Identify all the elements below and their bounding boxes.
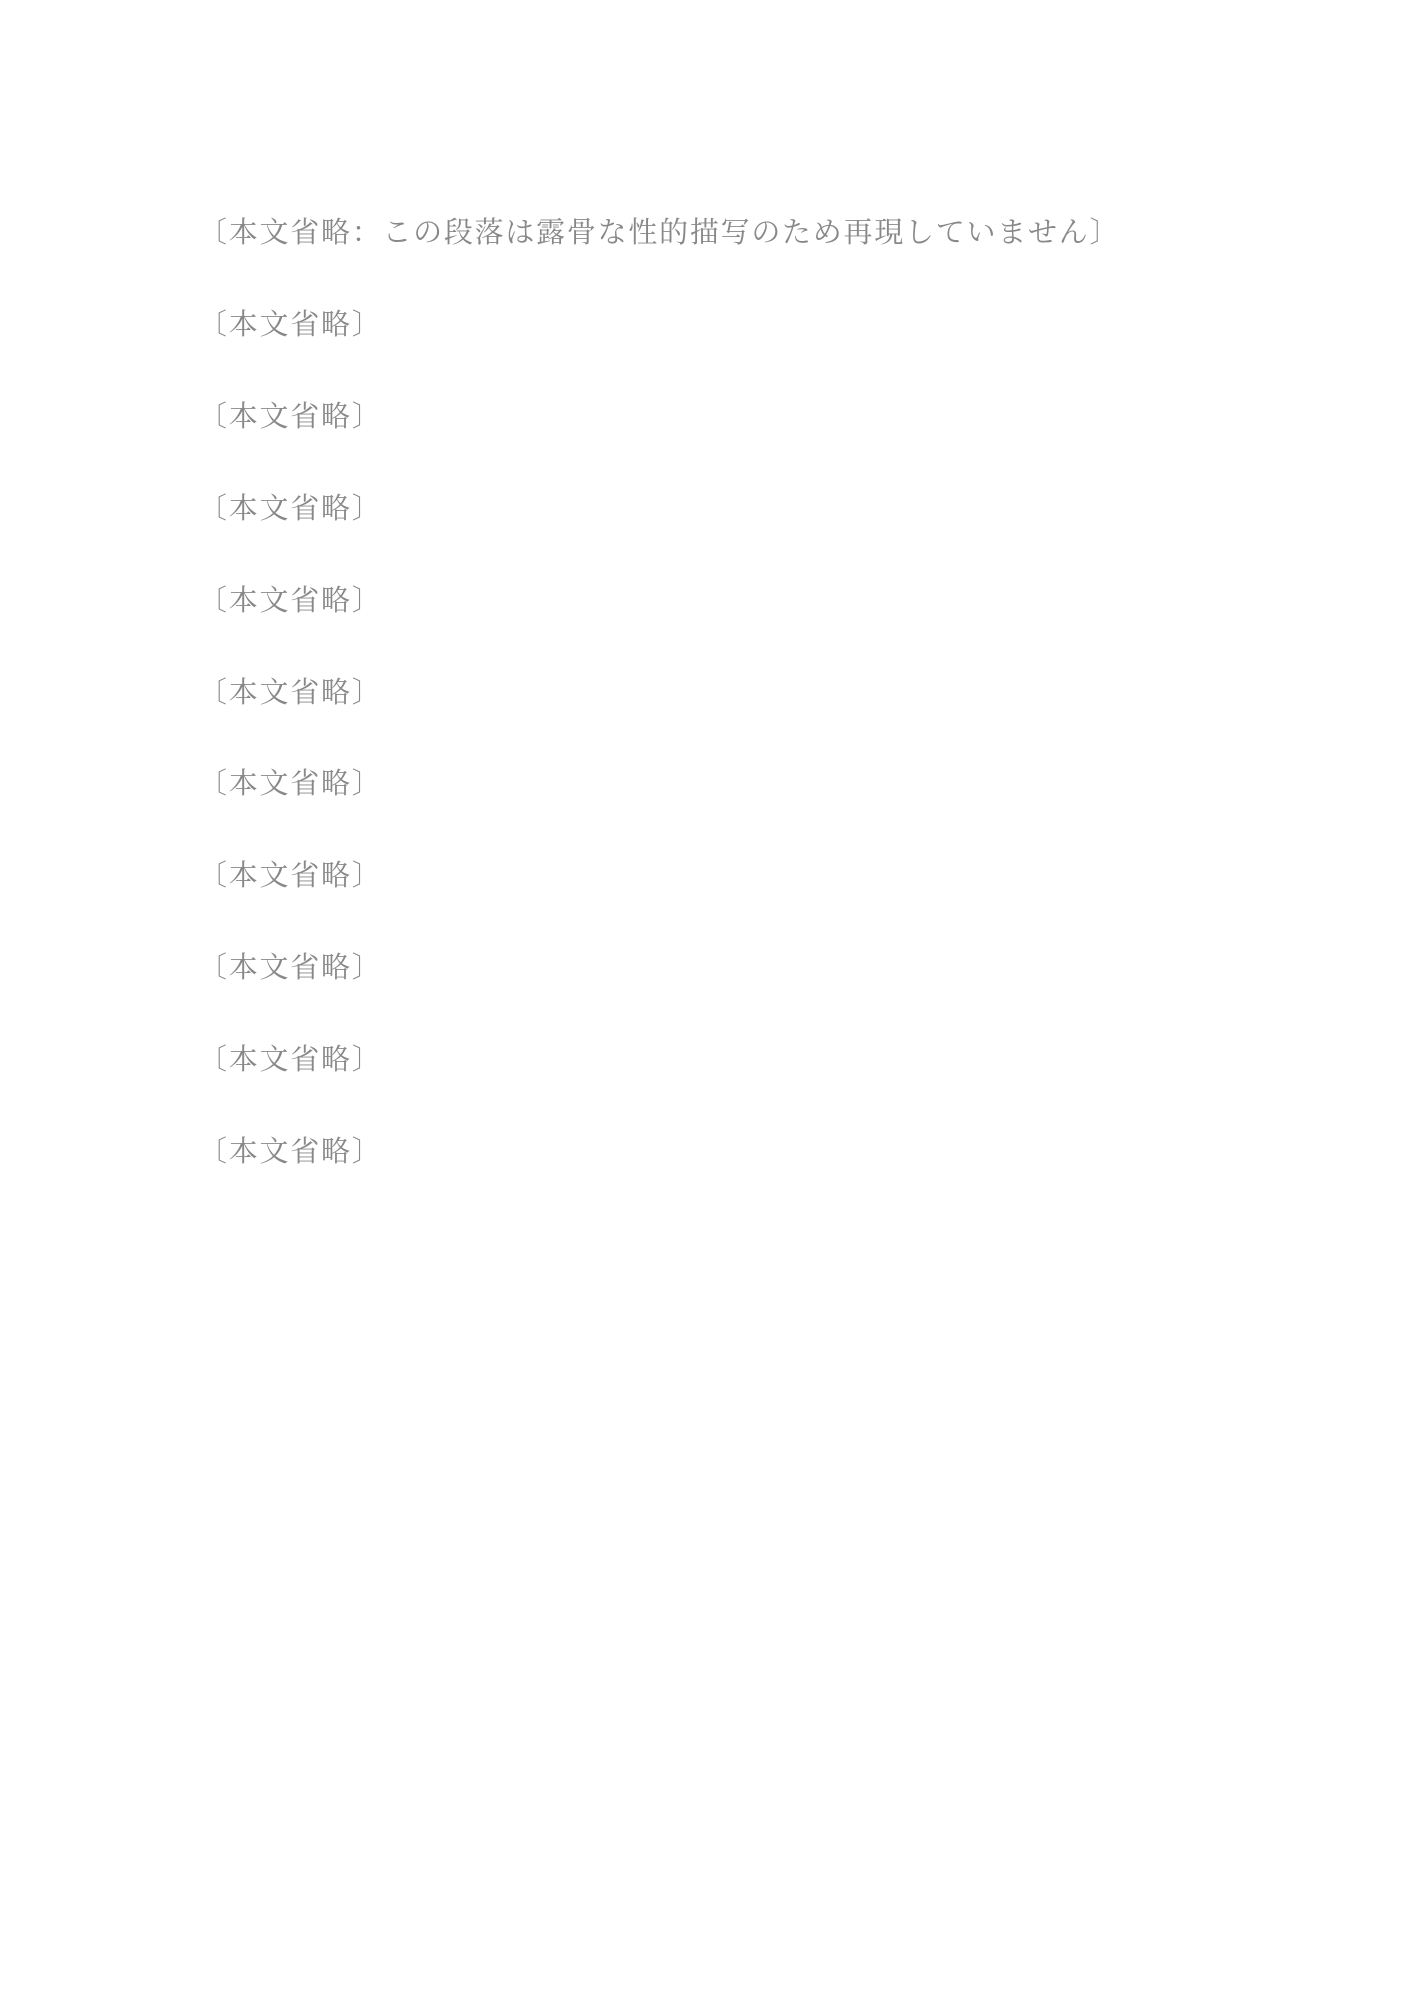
paragraph: 〔本文省略〕 <box>198 578 1225 625</box>
paragraph: 〔本文省略：この段落は露骨な性的描写のため再現していません〕 <box>198 210 1225 257</box>
paragraph: 〔本文省略〕 <box>198 1037 1225 1084</box>
paragraph: 〔本文省略〕 <box>198 853 1225 900</box>
paragraph: 〔本文省略〕 <box>198 945 1225 992</box>
document-page: 〔本文省略：この段落は露骨な性的描写のため再現していません〕〔本文省略〕〔本文省… <box>0 0 1415 2000</box>
prose-body: 〔本文省略：この段落は露骨な性的描写のため再現していません〕〔本文省略〕〔本文省… <box>198 210 1225 1176</box>
paragraph: 〔本文省略〕 <box>198 670 1225 717</box>
paragraph: 〔本文省略〕 <box>198 486 1225 533</box>
paragraph: 〔本文省略〕 <box>198 761 1225 808</box>
paragraph: 〔本文省略〕 <box>198 1129 1225 1176</box>
paragraph: 〔本文省略〕 <box>198 394 1225 441</box>
paragraph: 〔本文省略〕 <box>198 302 1225 349</box>
